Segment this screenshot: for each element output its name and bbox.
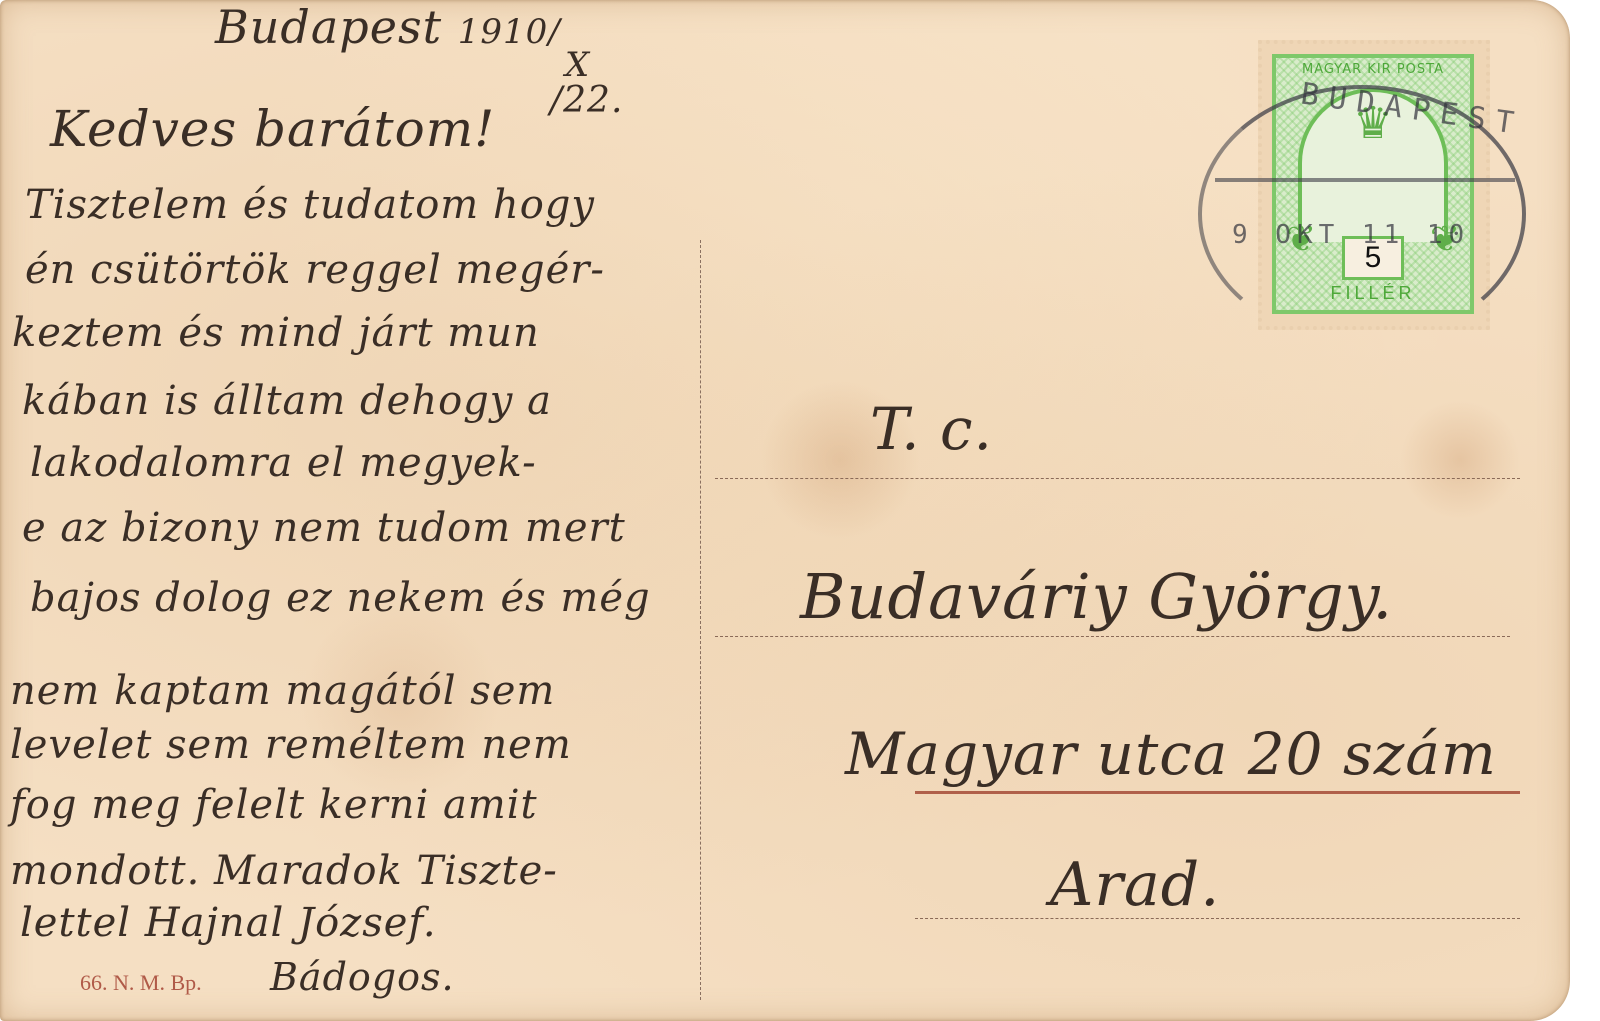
message-line: lettel Hajnal József. xyxy=(20,900,437,946)
message-line: bajos dolog ez nekem és még xyxy=(30,575,651,621)
message-line: e az bizony nem tudom mert xyxy=(22,505,626,551)
message-line: levelet sem reméltem nem xyxy=(10,722,572,768)
message-line: fog meg felelt kerni amit xyxy=(10,782,538,828)
address-line-1 xyxy=(715,478,1520,479)
stamp-country-text: MAGYAR KIR POSTA xyxy=(1276,62,1470,77)
message-line: én csütörtök reggel megér- xyxy=(25,247,605,293)
message-line: nem kaptam magától sem xyxy=(10,668,555,714)
message-line: Tisztelem és tudatom hogy xyxy=(25,182,595,228)
recipient-city: Arad. xyxy=(1050,850,1220,920)
printer-mark: 66. N. M. Bp. xyxy=(80,970,202,996)
address-underline-street xyxy=(915,791,1520,794)
place: Budapest xyxy=(215,0,442,54)
message-line: kában is álltam dehogy a xyxy=(22,378,552,424)
date-year: 1910/ xyxy=(458,12,561,52)
card-divider xyxy=(700,240,701,1000)
postmark-date: 9 OKT 11 10 xyxy=(1232,220,1470,250)
signature-title: Bádogos. xyxy=(270,955,455,999)
greeting: Kedves barátom! xyxy=(50,100,495,158)
date-month: X xyxy=(565,45,590,85)
message-line: keztem és mind járt mun xyxy=(12,310,540,356)
message-line: lakodalomra el megyek- xyxy=(30,440,537,486)
address-line-2 xyxy=(715,636,1510,637)
date-day: /22. xyxy=(550,80,623,121)
paper-stain xyxy=(1400,400,1520,520)
address-salutation: T. c. xyxy=(870,395,993,463)
recipient-name: Budaváriy György. xyxy=(800,560,1393,633)
recipient-street: Magyar utca 20 szám xyxy=(845,720,1497,788)
place-date: Budapest 1910/ xyxy=(215,0,561,54)
postcard-back: Budapest 1910/ X /22. Kedves barátom! Ti… xyxy=(0,0,1570,1021)
message-line: mondott. Maradok Tiszte- xyxy=(10,848,558,894)
postmark-bar xyxy=(1215,178,1515,182)
